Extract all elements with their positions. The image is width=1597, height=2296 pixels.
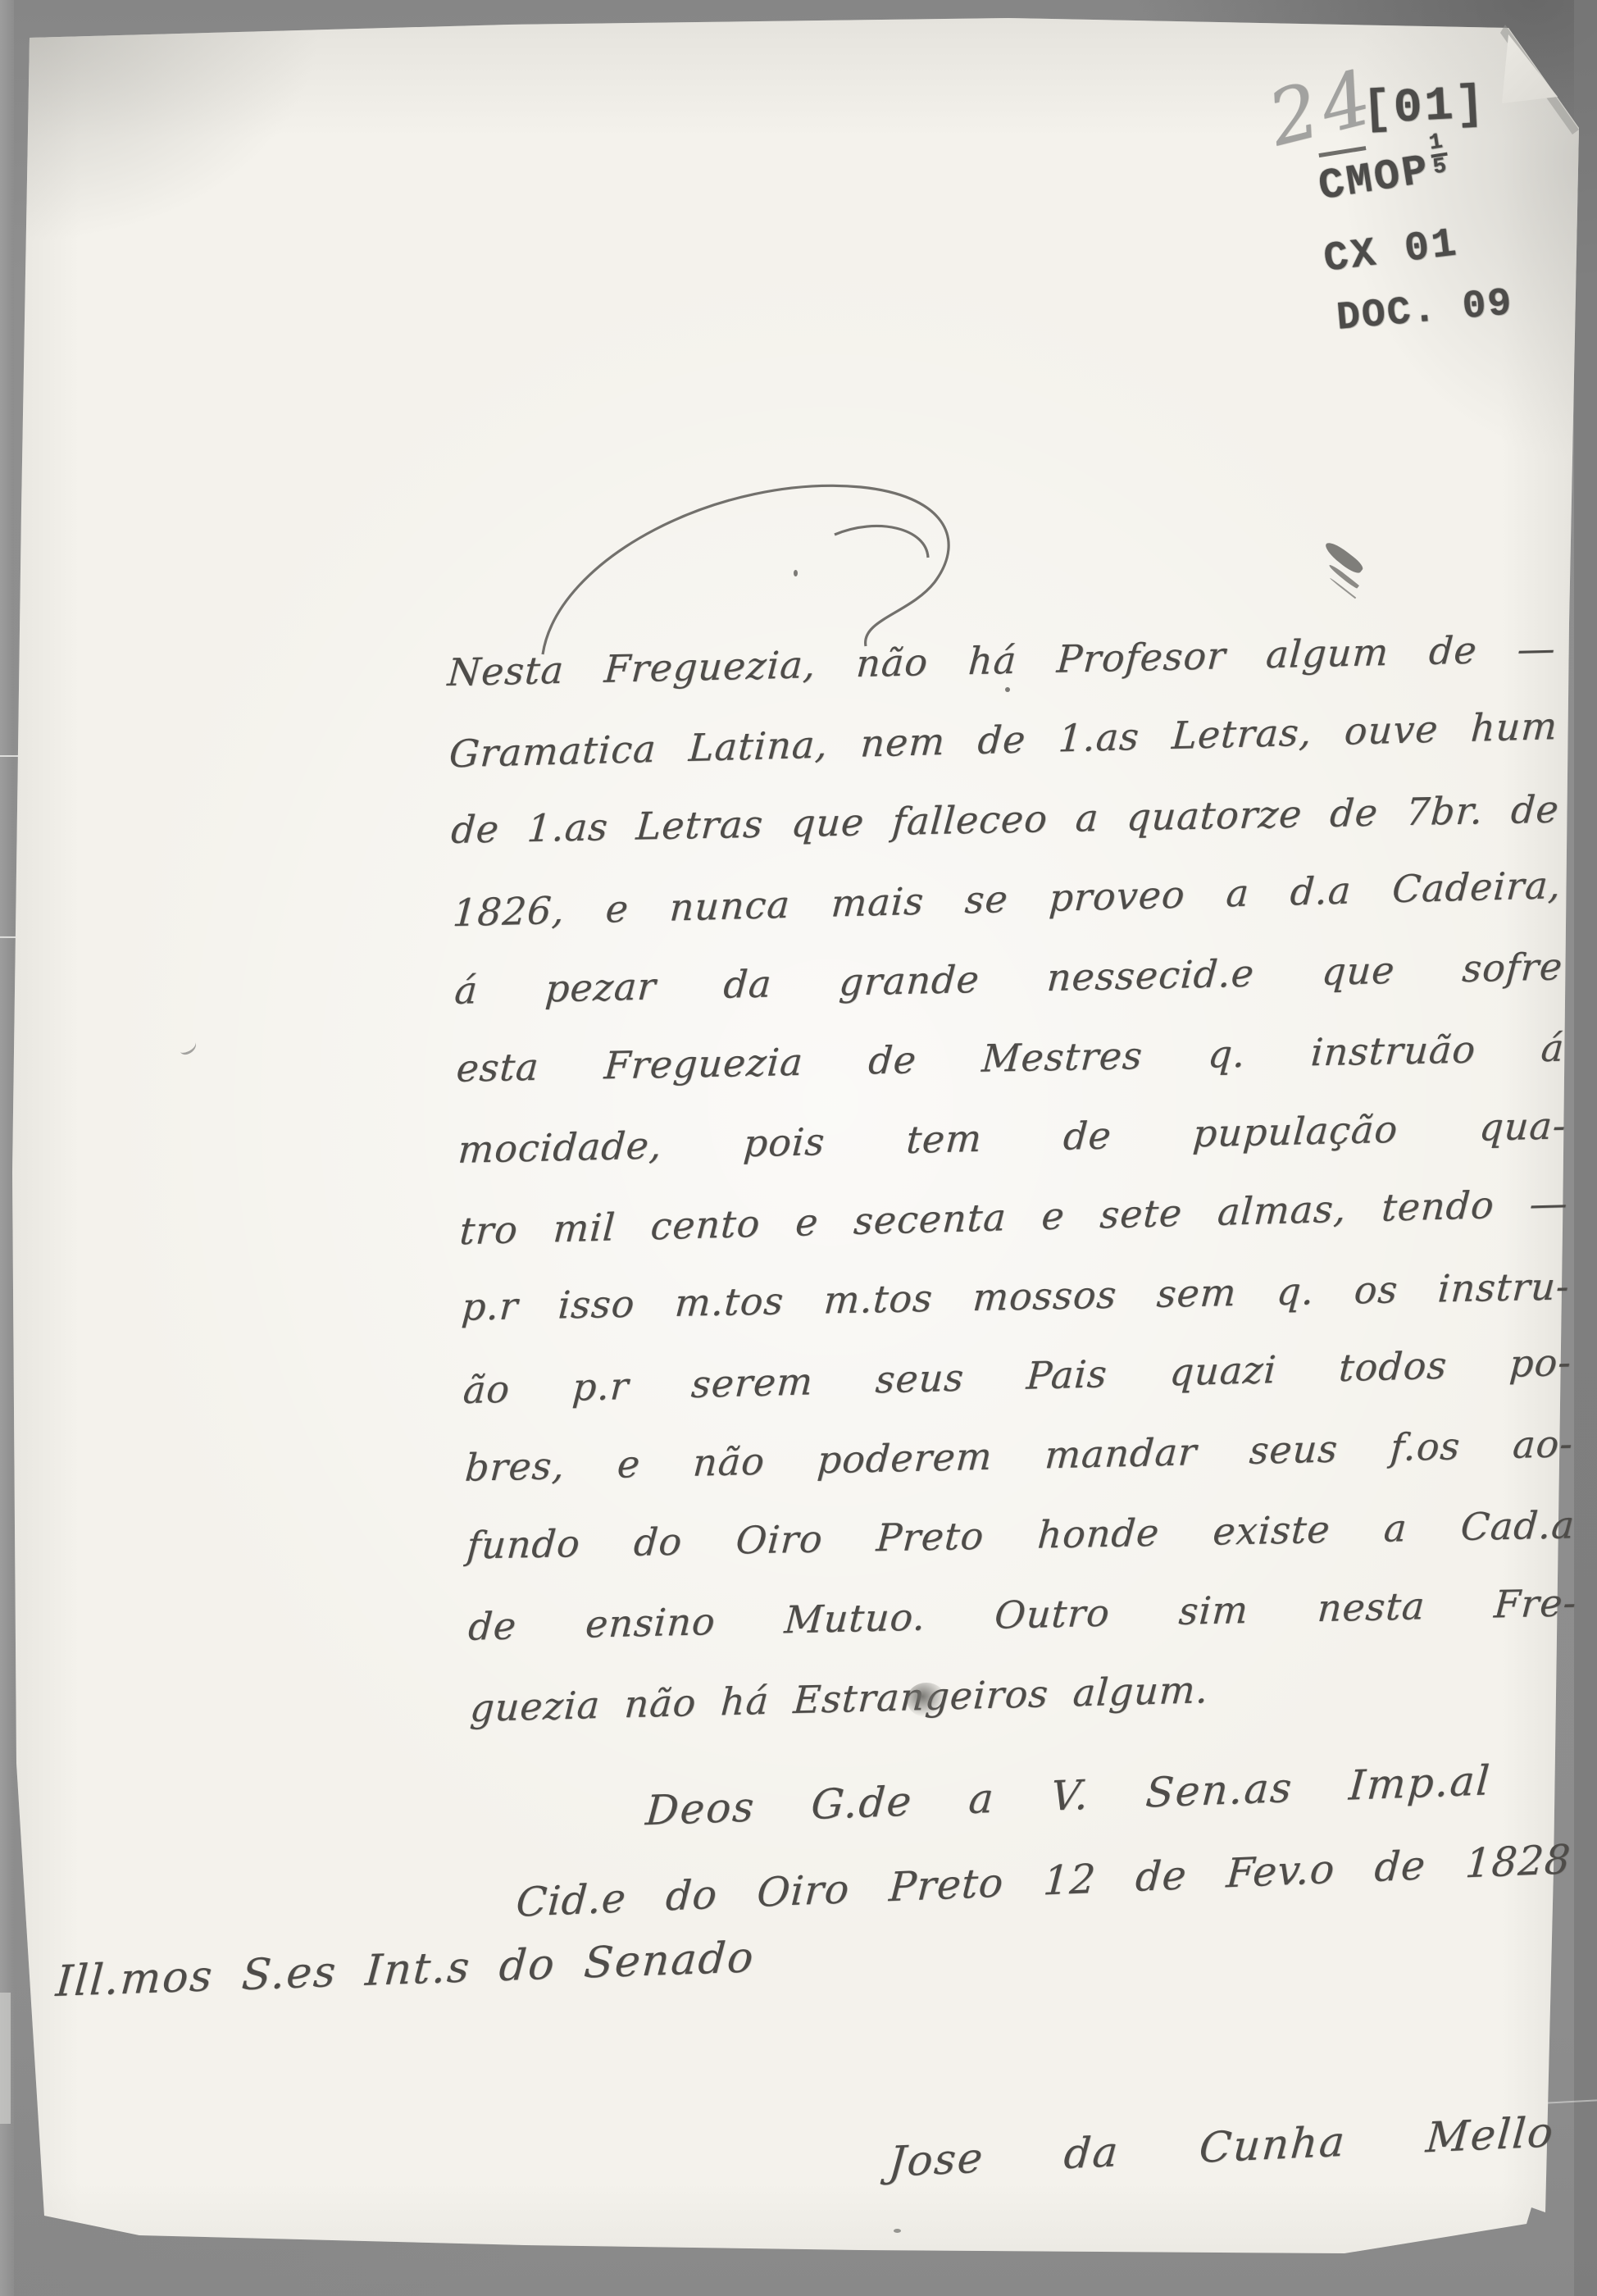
film-edge-strip (0, 0, 14, 2296)
ink-smudge (907, 1683, 946, 1717)
archive-stamp: [01] CMOP 1 5 CX 01 DOC. 09 (1308, 79, 1579, 330)
ink-dot (794, 570, 798, 576)
letter-body: Nesta Freguezia, não há Profesor algum d… (447, 609, 1583, 1935)
stamp-box-number: CX 01 (1322, 206, 1581, 284)
letter-lines: Nesta Freguezia, não há Profesor algum d… (447, 609, 1579, 1747)
stamp-fraction-denominator: 5 (1431, 157, 1450, 179)
stamp-fonds-label: CMOP (1315, 147, 1433, 212)
stamp-fonds-code: CMOP 1 5 (1315, 143, 1453, 212)
stamp-doc-bracket-number: [01] (1361, 73, 1580, 138)
ink-dot (894, 2229, 901, 2233)
stamp-fraction: 1 5 (1427, 132, 1450, 178)
film-edge-highlight (0, 1993, 11, 2124)
stamp-fraction-numerator: 1 (1428, 132, 1447, 154)
ink-dot (1005, 687, 1010, 692)
stamp-overline (1318, 146, 1366, 157)
scanner-edge-band (1574, 0, 1597, 2296)
